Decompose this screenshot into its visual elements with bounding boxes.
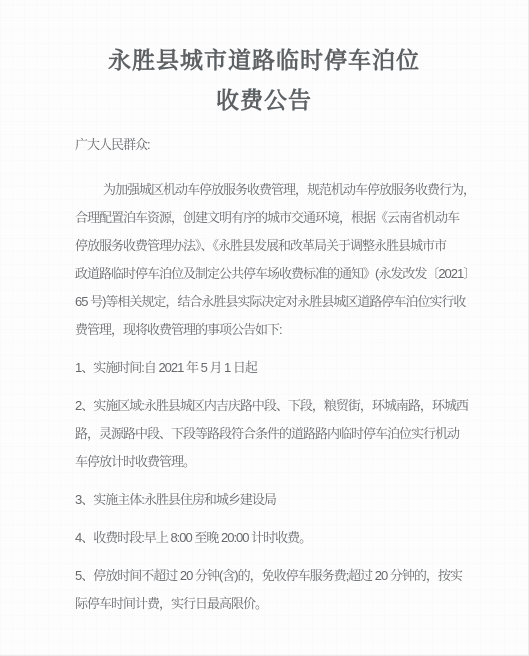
text-line: 2、实施区域:永胜县城区内吉庆路中段、下段，粮贸街，环城南路，环城西 — [75, 392, 528, 420]
text-line: 停放服务收费管理办法》、《永胜县发展和改革局关于调整永胜县城市市 — [75, 232, 528, 260]
notice-body: 广大人民群众: 为加强城区机动车停放服务收费管理，规范机动车停放服务收费行为， … — [0, 134, 528, 618]
text-line: 费管理，现将收费管理的事项公告如下: — [75, 316, 528, 344]
text-line: 合理配置泊车资源，创建文明有序的城市交通环境，根据《云南省机动车 — [75, 204, 528, 232]
notice-item-5: 5、停放时间不超过 20 分钟(含)的，免收停车服务费;超过 20 分钟的，按实… — [75, 562, 528, 618]
notice-item-1: 1、实施时间:自 2021 年 5 月 1 日起 — [75, 354, 528, 382]
salutation: 广大人民群众: — [75, 134, 528, 156]
text-line: 路，灵源路中段、下段等路段符合条件的道路路内临时停车泊位实行机动 — [75, 420, 528, 448]
text-line: 5、停放时间不超过 20 分钟(含)的，免收停车服务费;超过 20 分钟的，按实 — [75, 562, 528, 590]
text-line: 65 号)等相关规定，结合永胜县实际决定对永胜县城区道路停车泊位实行收 — [75, 288, 528, 316]
text-line: 政道路临时停车泊位及制定公共停车场收费标准的通知》(永发改发〔2021〕 — [75, 260, 528, 288]
title-line-2: 收费公告 — [0, 80, 528, 120]
notice-page: 永胜县城市道路临时停车泊位 收费公告 广大人民群众: 为加强城区机动车停放服务收… — [0, 0, 529, 656]
text-line: 4、收费时段:早上 8:00 至晚 20:00 计时收费。 — [75, 524, 528, 552]
text-line: 际停车时间计费，实行日最高限价。 — [75, 590, 528, 618]
text-line: 3、实施主体:永胜县住房和城乡建设局 — [75, 486, 528, 514]
text-line: 为加强城区机动车停放服务收费管理，规范机动车停放服务收费行为， — [75, 176, 528, 204]
notice-item-4: 4、收费时段:早上 8:00 至晚 20:00 计时收费。 — [75, 524, 528, 552]
notice-item-3: 3、实施主体:永胜县住房和城乡建设局 — [75, 486, 528, 514]
notice-title: 永胜县城市道路临时停车泊位 收费公告 — [0, 0, 528, 120]
notice-item-2: 2、实施区域:永胜县城区内吉庆路中段、下段，粮贸街，环城南路，环城西 路，灵源路… — [75, 392, 528, 476]
text-line: 车停放计时收费管理。 — [75, 448, 528, 476]
title-line-1: 永胜县城市道路临时停车泊位 — [0, 40, 528, 80]
text-line: 1、实施时间:自 2021 年 5 月 1 日起 — [75, 354, 528, 382]
intro-paragraph: 为加强城区机动车停放服务收费管理，规范机动车停放服务收费行为， 合理配置泊车资源… — [75, 176, 528, 344]
